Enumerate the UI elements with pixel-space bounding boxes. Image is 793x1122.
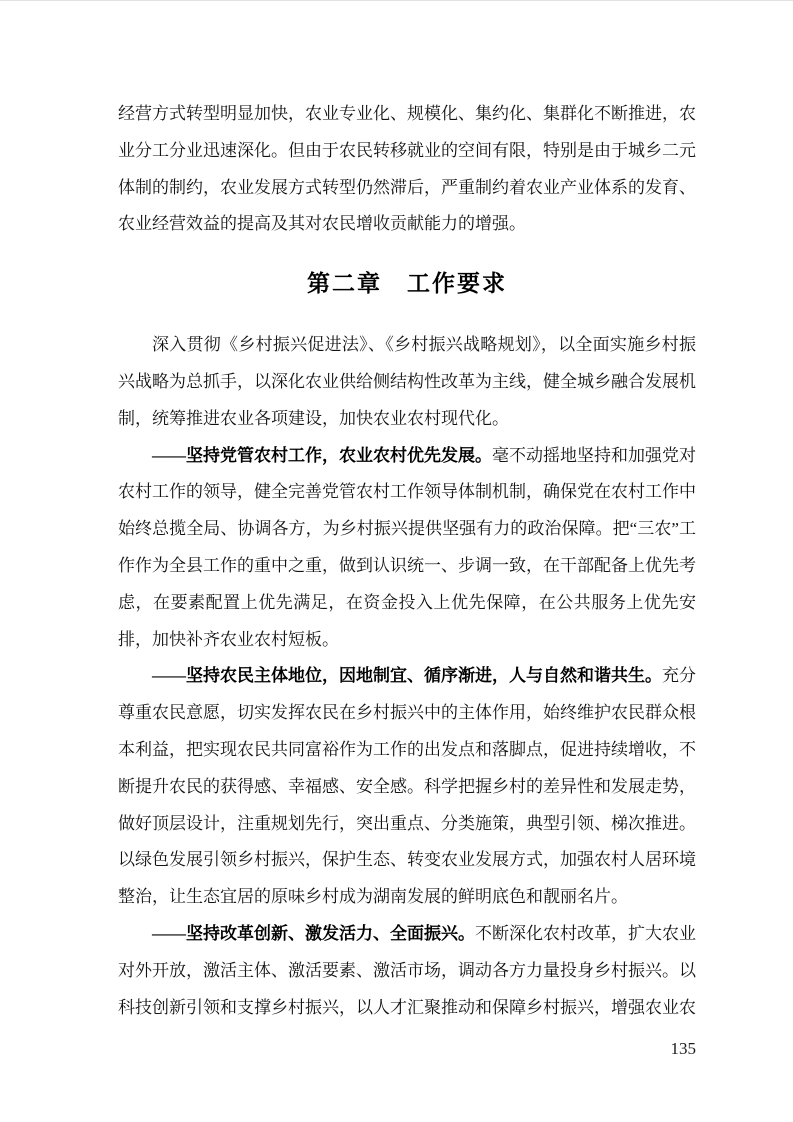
paragraph: 深入贯彻《乡村振兴促进法》、《乡村振兴战略规划》，以全面实施乡村振兴战略为总抓手… (118, 327, 696, 437)
intro-paragraph: 经营方式转型明显加快，农业专业化、规模化、集约化、集群化不断推进，农业分工分业迅… (118, 96, 696, 243)
paragraph-text: 毫不动摇地坚持和加强党对农村工作的领导，健全完善党管农村工作领导体制机制，确保党… (118, 446, 696, 649)
paragraph: ——坚持农民主体地位，因地制宜、循序渐进，人与自然和谐共生。充分尊重农民意愿，切… (118, 658, 696, 916)
text-block: 经营方式转型明显加快，农业专业化、规模化、集约化、集群化不断推进，农业分工分业迅… (118, 96, 696, 1026)
chapter-heading: 第二章 工作要求 (118, 269, 696, 297)
paragraph-lead: ——坚持改革创新、激发活力、全面振兴。 (152, 924, 475, 943)
paragraph-text: 充分尊重农民意愿，切实发挥农民在乡村振兴中的主体作用，始终维护农民群众根本利益，… (118, 666, 696, 906)
paragraph-lead: ——坚持农民主体地位，因地制宜、循序渐进，人与自然和谐共生。 (152, 666, 662, 685)
body-paragraphs: 深入贯彻《乡村振兴促进法》、《乡村振兴战略规划》，以全面实施乡村振兴战略为总抓手… (118, 327, 696, 1026)
paragraph-lead: ——坚持党管农村工作，农业农村优先发展。 (152, 446, 492, 465)
paragraph-text: 深入贯彻《乡村振兴促进法》、《乡村振兴战略规划》，以全面实施乡村振兴战略为总抓手… (118, 335, 696, 428)
page-number: 135 (118, 1039, 696, 1059)
document-page: 经营方式转型明显加快，农业专业化、规模化、集约化、集群化不断推进，农业分工分业迅… (0, 0, 793, 1122)
paragraph: ——坚持改革创新、激发活力、全面振兴。不断深化农村改革，扩大农业对外开放，激活主… (118, 916, 696, 1026)
paragraph: ——坚持党管农村工作，农业农村优先发展。毫不动摇地坚持和加强党对农村工作的领导，… (118, 438, 696, 659)
